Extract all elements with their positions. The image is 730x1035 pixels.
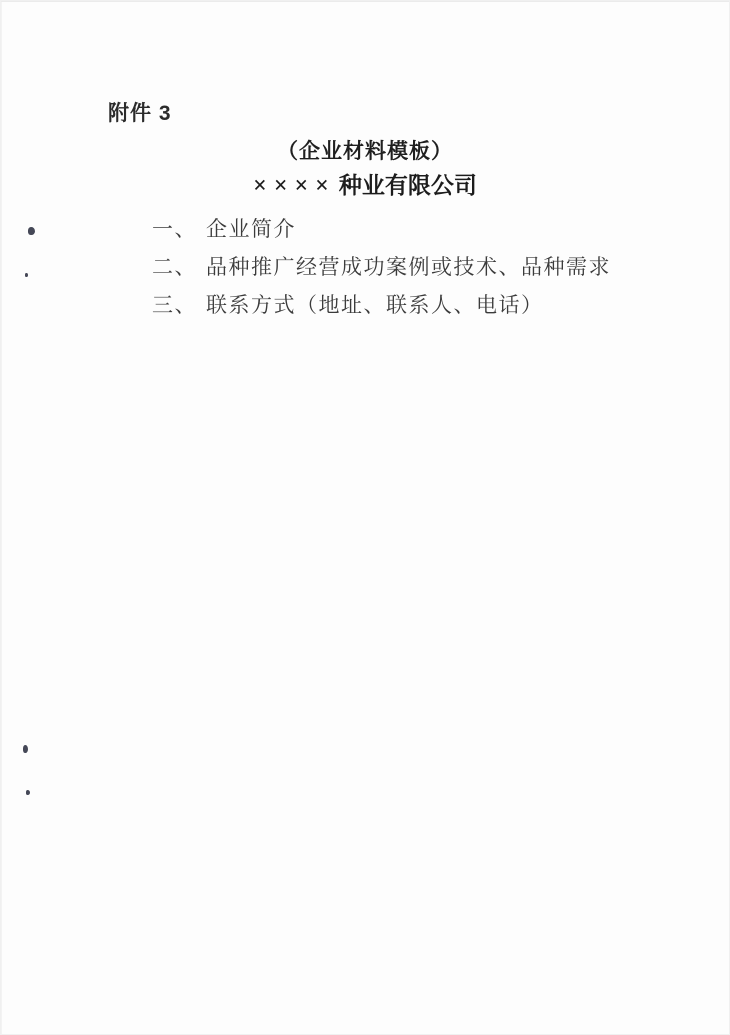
list-item: 一、企业简介 [152,210,690,248]
item-text: 品种推广经营成功案例或技术、品种需求 [206,255,611,279]
outline-list: 一、企业简介 二、品种推广经营成功案例或技术、品种需求 三、联系方式（地址、联系… [152,210,690,324]
item-text: 企业简介 [206,217,296,241]
scan-speck [28,227,35,235]
item-number: 三、 [152,293,197,317]
company-title: ××××种业有限公司 [0,171,730,201]
item-number: 二、 [152,255,197,279]
scan-speck [25,273,28,277]
scan-speck [26,790,30,795]
item-number: 一、 [152,217,197,241]
template-title: （企业材料模板） [0,137,730,165]
item-text: 联系方式（地址、联系人、电话） [206,293,544,317]
scan-speck [23,745,28,753]
company-placeholder-marks: ×××× [253,173,336,199]
company-name: 种业有限公司 [339,173,477,198]
list-item: 三、联系方式（地址、联系人、电话） [152,286,690,324]
document-page: 附件 3 （企业材料模板） ××××种业有限公司 一、企业简介 二、品种推广经营… [0,0,730,1035]
attachment-label: 附件 3 [108,101,172,127]
list-item: 二、品种推广经营成功案例或技术、品种需求 [152,248,690,286]
